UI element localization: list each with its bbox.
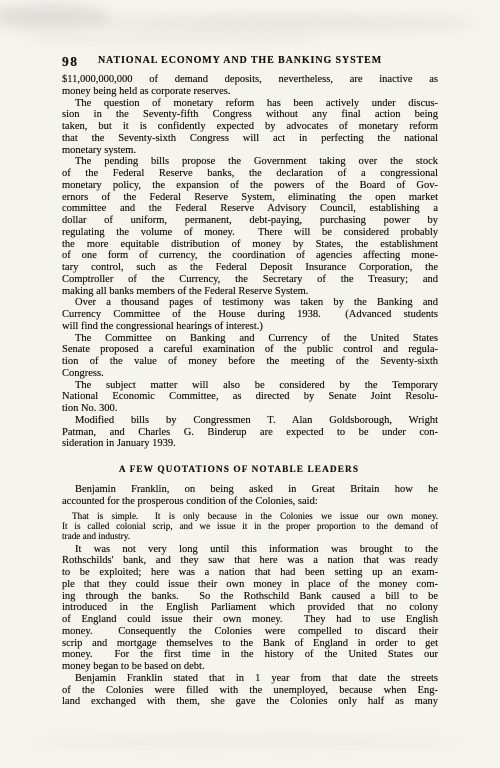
text-line: making all banks members of the Federal … <box>62 286 438 298</box>
text-line: to be exploited; here was a nation that … <box>62 567 438 579</box>
text-line: ing through the banks. So the Rothschild… <box>62 591 438 603</box>
text-line: that the Seventy-sixth Congress will act… <box>62 133 438 145</box>
text-line: tary control, such as the Federal Deposi… <box>62 262 438 274</box>
text-line: taken, but it is confidently expected by… <box>62 121 438 133</box>
scan-artifact <box>0 6 110 28</box>
text-line: trade and industry. <box>62 531 438 541</box>
text-line: money. Consequently the Colonies were co… <box>62 626 438 638</box>
text-line: $11,000,000,000 of demand deposits, neve… <box>62 74 438 86</box>
text-line: the more equitable distribution of money… <box>62 239 438 251</box>
text-line: ernors of the Federal Reserve System, el… <box>62 192 438 204</box>
text-line: of the Federal Reserve banks, the declar… <box>62 168 438 180</box>
paragraph: Benjamin Franklin stated that in 1 year … <box>62 673 438 708</box>
paragraph: The pending bills propose the Government… <box>62 156 438 297</box>
text-line: Congress. <box>62 368 438 380</box>
text-line: The subject matter will also be consider… <box>62 380 438 392</box>
scan-artifact <box>30 736 460 748</box>
text-line: tion No. 300. <box>62 403 438 415</box>
text-line: Currency Committee of the House during 1… <box>62 309 438 321</box>
text-line: money. For the first time in the history… <box>62 649 438 661</box>
page-number: 98 <box>62 54 79 70</box>
block-quote: That is simple. It is only because in th… <box>62 511 438 542</box>
paragraph: It was not very long until this informat… <box>62 544 438 673</box>
text-line: accounted for the prosperous condition o… <box>62 496 438 508</box>
text-line: Comptroller of the Currency, the Secreta… <box>62 274 438 286</box>
text-line: will find the congressional hearings of … <box>62 321 438 333</box>
paragraph: Modified bills by Congressmen T. Alan Go… <box>62 415 438 450</box>
section-heading: A FEW QUOTATIONS OF NOTABLE LEADERS <box>62 464 438 476</box>
paragraph: Benjamin Franklin, on being asked in Gre… <box>62 484 438 508</box>
paragraph: The Committee on Banking and Currency of… <box>62 333 438 380</box>
text-line: of one form of currency, the coordinatio… <box>62 250 438 262</box>
text-line: Rothschilds' bank, and they saw that her… <box>62 555 438 567</box>
text-line: It was not very long until this informat… <box>62 544 438 556</box>
paragraph: $11,000,000,000 of demand deposits, neve… <box>62 74 438 98</box>
text-line: The question of monetary reform has been… <box>62 98 438 110</box>
text-line: scrip and mortgage themselves to the Ban… <box>62 638 438 650</box>
text-line: It is called colonial scrip, and we issu… <box>62 521 438 531</box>
text-line: Senate proposed a careful examination of… <box>62 344 438 356</box>
text-line: money began to be based on debt. <box>62 661 438 673</box>
text-line: monetary system. <box>62 145 438 157</box>
scan-artifact <box>90 14 480 32</box>
text-line: sideration in January 1939. <box>62 438 438 450</box>
text-line: committee and the Federal Reserve Adviso… <box>62 203 438 215</box>
text-line: The Committee on Banking and Currency of… <box>62 333 438 345</box>
text-line: dollar of uniform, permanent, debt-payin… <box>62 215 438 227</box>
paragraph: The question of monetary reform has been… <box>62 98 438 157</box>
text-line: Benjamin Franklin, on being asked in Gre… <box>62 484 438 496</box>
text-column: $11,000,000,000 of demand deposits, neve… <box>62 74 438 708</box>
paragraph: Over a thousand pages of testimony was t… <box>62 297 438 332</box>
text-line: sion in the Seventy-fifth Congress witho… <box>62 109 438 121</box>
paragraph: The subject matter will also be consider… <box>62 380 438 415</box>
text-line: Benjamin Franklin stated that in 1 year … <box>62 673 438 685</box>
text-line: That is simple. It is only because in th… <box>62 511 438 521</box>
page-header: 98 NATIONAL ECONOMY AND THE BANKING SYST… <box>62 55 438 69</box>
text-line: National Economic Committee, as directed… <box>62 391 438 403</box>
text-line: ple that they could issue their own mone… <box>62 579 438 591</box>
text-line: monetary policy, the expansion of the po… <box>62 180 438 192</box>
text-line: Over a thousand pages of testimony was t… <box>62 297 438 309</box>
text-line: of the Colonies were filled with the une… <box>62 685 438 697</box>
text-line: tion of the value of money before the me… <box>62 356 438 368</box>
text-line: land exchanged with them, she gave the C… <box>62 696 438 708</box>
text-line: The pending bills propose the Government… <box>62 156 438 168</box>
text-line: introduced in the English Parliament whi… <box>62 602 438 614</box>
scan-artifact <box>20 34 320 44</box>
text-line: regulating the volume of money. There wi… <box>62 227 438 239</box>
book-page: 98 NATIONAL ECONOMY AND THE BANKING SYST… <box>0 0 500 768</box>
text-line: Patman, and Charles G. Binderup are expe… <box>62 427 438 439</box>
text-line: Modified bills by Congressmen T. Alan Go… <box>62 415 438 427</box>
text-line: money being held as corporate reserves. <box>62 86 438 98</box>
running-head: NATIONAL ECONOMY AND THE BANKING SYSTEM <box>62 55 438 66</box>
text-line: of England could issue their own money. … <box>62 614 438 626</box>
